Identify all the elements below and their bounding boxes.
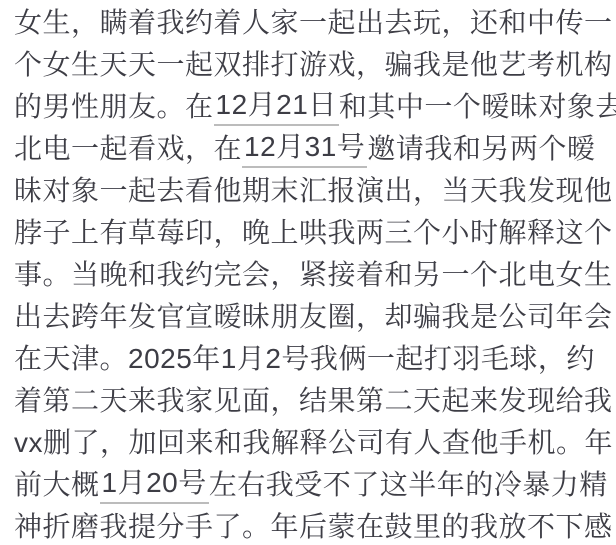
text-line: 前大概1月20号左右我受不了这半年的冷暴力精 <box>14 464 610 506</box>
underlined-date: 12月31号 <box>242 128 367 168</box>
text-segment: 着第二天来我家见面，结果第二天起来发现给我 <box>14 380 613 422</box>
text-segment: vx删了，加回来和我解释公司有人查他手机。年 <box>14 422 613 464</box>
text-segment: 和其中一个暧昧对象去 <box>339 86 616 128</box>
text-segment: 北电一起看戏，在 <box>14 128 242 170</box>
text-line: 神折磨我提分手了。年后蒙在鼓里的我放不下感 <box>14 506 610 545</box>
text-line: 出去跨年发官宣暧昧朋友圈，却骗我是公司年会 <box>14 296 610 338</box>
text-lines: 女生，瞒着我约着人家一起出去玩，还和中传一个女生天天一起双排打游戏，骗我是他艺考… <box>14 2 610 545</box>
text-line: 脖子上有草莓印，晚上哄我两三个小时解释这个 <box>14 212 610 254</box>
text-line: 着第二天来我家见面，结果第二天起来发现给我 <box>14 380 610 422</box>
text-segment: 左右我受不了这半年的冷暴力精 <box>209 464 608 506</box>
text-segment: 的男性朋友。在 <box>14 86 214 128</box>
underlined-date: 1月20号 <box>100 464 209 504</box>
text-line: 昧对象一起去看他期末汇报演出，当天我发现他 <box>14 170 610 212</box>
text-line: 个女生天天一起双排打游戏，骗我是他艺考机构 <box>14 44 610 86</box>
text-line: 的男性朋友。在12月21日和其中一个暧昧对象去 <box>14 86 610 128</box>
text-line: 在天津。2025年1月2号我俩一起打羽毛球，约 <box>14 338 610 380</box>
text-segment: 在天津。2025年1月2号我俩一起打羽毛球，约 <box>14 338 595 380</box>
text-segment: 邀请我和另两个暧 <box>367 128 595 170</box>
text-line: vx删了，加回来和我解释公司有人查他手机。年 <box>14 422 610 464</box>
text-document: 女生，瞒着我约着人家一起出去玩，还和中传一个女生天天一起双排打游戏，骗我是他艺考… <box>0 0 616 545</box>
text-segment: 昧对象一起去看他期末汇报演出，当天我发现他 <box>14 170 613 212</box>
text-segment: 脖子上有草莓印，晚上哄我两三个小时解释这个 <box>14 212 613 254</box>
text-line: 女生，瞒着我约着人家一起出去玩，还和中传一 <box>14 2 610 44</box>
text-line: 北电一起看戏，在12月31号邀请我和另两个暧 <box>14 128 610 170</box>
text-segment: 女生，瞒着我约着人家一起出去玩，还和中传一 <box>14 2 613 44</box>
text-segment: 出去跨年发官宣暧昧朋友圈，却骗我是公司年会 <box>14 296 613 338</box>
text-segment: 前大概 <box>14 464 100 506</box>
text-segment: 事。当晚和我约完会，紧接着和另一个北电女生 <box>14 254 613 296</box>
text-line: 事。当晚和我约完会，紧接着和另一个北电女生 <box>14 254 610 296</box>
text-segment: 个女生天天一起双排打游戏，骗我是他艺考机构 <box>14 44 613 86</box>
underlined-date: 12月21日 <box>214 86 339 126</box>
text-segment: 神折磨我提分手了。年后蒙在鼓里的我放不下感 <box>14 506 613 545</box>
